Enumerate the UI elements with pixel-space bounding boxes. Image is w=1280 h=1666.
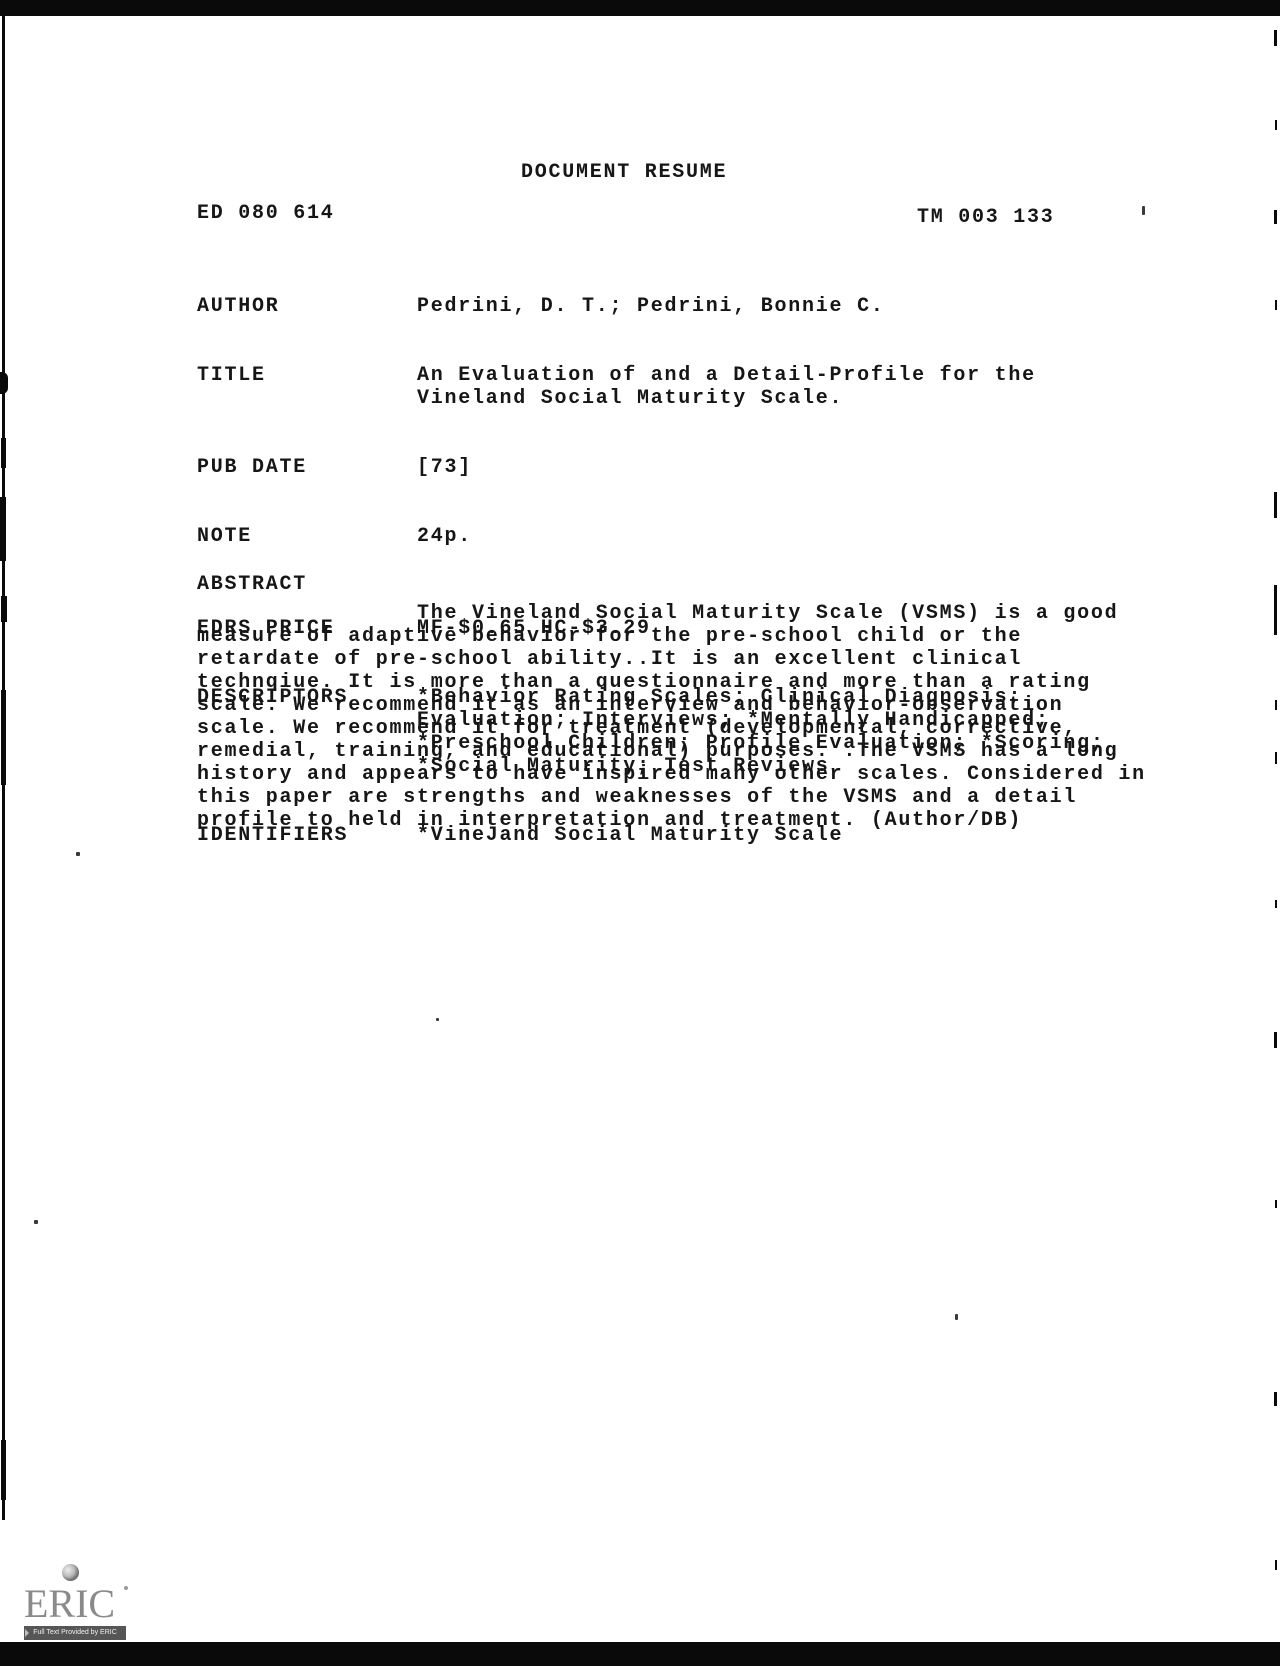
scan-artifact-right-dash <box>1274 492 1277 518</box>
scan-artifact-right-dash <box>1274 30 1277 46</box>
scan-speck <box>1142 206 1145 215</box>
scan-artifact-right-dash <box>1275 120 1277 130</box>
abstract-text: The Vineland Social Maturity Scale (VSMS… <box>197 602 1146 832</box>
scan-speck <box>34 1220 38 1224</box>
scan-artifact-bottom-edge <box>0 1642 1280 1666</box>
scan-artifact-right-dash <box>1274 1392 1277 1406</box>
scanned-document-page: DOCUMENT RESUME ED 080 614 TM 003 133 AU… <box>0 0 1280 1666</box>
scan-artifact-left-blob <box>1 438 6 468</box>
scan-artifact-left-blob <box>1 690 6 785</box>
eric-wordmark: ERIC <box>24 1584 115 1624</box>
field-label-author: AUTHOR <box>197 295 417 318</box>
field-value-author: Pedrini, D. T.; Pedrini, Bonnie C. <box>417 295 885 318</box>
scan-artifact-left-blob <box>0 372 8 394</box>
tm-number: TM 003 133 <box>917 206 1055 229</box>
field-row-author: AUTHOR Pedrini, D. T.; Pedrini, Bonnie C… <box>197 295 1217 318</box>
scan-artifact-left-blob <box>1 596 7 622</box>
field-row-title: TITLE An Evaluation of and a Detail-Prof… <box>197 364 1217 410</box>
scan-artifact-right-dash <box>1275 700 1277 710</box>
scan-artifact-right-dash <box>1275 900 1277 908</box>
eric-tagline-band: Full Text Provided by ERIC <box>24 1626 126 1640</box>
eric-globe-icon <box>62 1564 79 1581</box>
field-value-pub-date: [73] <box>417 456 472 479</box>
field-label-title: TITLE <box>197 364 417 410</box>
scan-speck <box>955 1314 958 1320</box>
eric-tagline: Full Text Provided by ERIC <box>33 1629 117 1636</box>
eric-registered-mark-icon <box>124 1586 128 1590</box>
document-resume-heading: DOCUMENT RESUME <box>521 161 727 184</box>
scan-artifact-right-dash <box>1274 210 1277 224</box>
scan-artifact-right-dash <box>1275 752 1277 764</box>
scan-artifact-right-dash <box>1275 1560 1277 1570</box>
scan-speck <box>436 1018 439 1021</box>
eric-band-arrow-icon <box>25 1629 29 1637</box>
scan-speck <box>76 852 80 856</box>
eric-logo: ERIC Full Text Provided by ERIC <box>22 1562 134 1642</box>
scan-artifact-right-dash <box>1275 1200 1277 1208</box>
ed-number: ED 080 614 <box>197 202 335 225</box>
scan-artifact-top-edge <box>0 0 1280 16</box>
scan-artifact-left-blob <box>1 1440 6 1500</box>
scan-artifact-left-blob <box>0 497 6 561</box>
field-value-title: An Evaluation of and a Detail-Profile fo… <box>417 364 1036 410</box>
scan-artifact-right-dash <box>1275 300 1277 310</box>
scan-artifact-right-dash <box>1274 1032 1277 1048</box>
abstract-heading: ABSTRACT <box>197 573 307 596</box>
field-value-note: 24p. <box>417 525 472 548</box>
field-row-note: NOTE 24p. <box>197 525 1217 548</box>
scan-artifact-right-dash <box>1274 585 1277 635</box>
field-row-pub-date: PUB DATE [73] <box>197 456 1217 479</box>
field-label-note: NOTE <box>197 525 417 548</box>
field-label-pub-date: PUB DATE <box>197 456 417 479</box>
